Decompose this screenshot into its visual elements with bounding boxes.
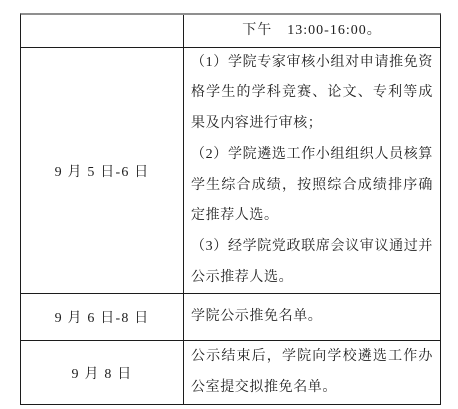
date-cell-row-4: 9 月 8 日 <box>21 340 183 404</box>
paragraph-1: （1）学院专家审核小组对申请推免资格学生的学科竞赛、论文、专利等成果及内容进行审… <box>191 48 433 140</box>
afternoon-time-text: 下午 13:00-16:00。 <box>191 16 433 47</box>
date-cell-row-1 <box>21 15 183 47</box>
publicity-text: 学院公示推免名单。 <box>191 302 433 333</box>
date-cell-row-2: 9 月 5 日-6 日 <box>21 47 183 293</box>
date-cell-row-3: 9 月 6 日-8 日 <box>21 293 183 340</box>
content-cell-row-3: 学院公示推免名单。 <box>183 293 440 340</box>
schedule-table: 下午 13:00-16:00。 9 月 5 日-6 日 （1）学院专家审核小组对… <box>20 13 441 405</box>
paragraph-2: （2）学院遴选工作小组组织人员核算学生综合成绩，按照综合成绩排序确定推荐人选。 <box>191 140 433 232</box>
paragraph-3: （3）经学院党政联席会议审议通过并公示推荐人选。 <box>191 232 433 293</box>
content-cell-row-2: （1）学院专家审核小组对申请推免资格学生的学科竞赛、论文、专利等成果及内容进行审… <box>183 47 440 293</box>
content-cell-row-4: 公示结束后，学院向学校遴选工作办公室提交拟推免名单。 <box>183 340 440 404</box>
document-page: 下午 13:00-16:00。 9 月 5 日-6 日 （1）学院专家审核小组对… <box>0 0 458 409</box>
content-cell-row-1: 下午 13:00-16:00。 <box>183 15 440 47</box>
submission-text: 公示结束后，学院向学校遴选工作办公室提交拟推免名单。 <box>191 342 433 404</box>
